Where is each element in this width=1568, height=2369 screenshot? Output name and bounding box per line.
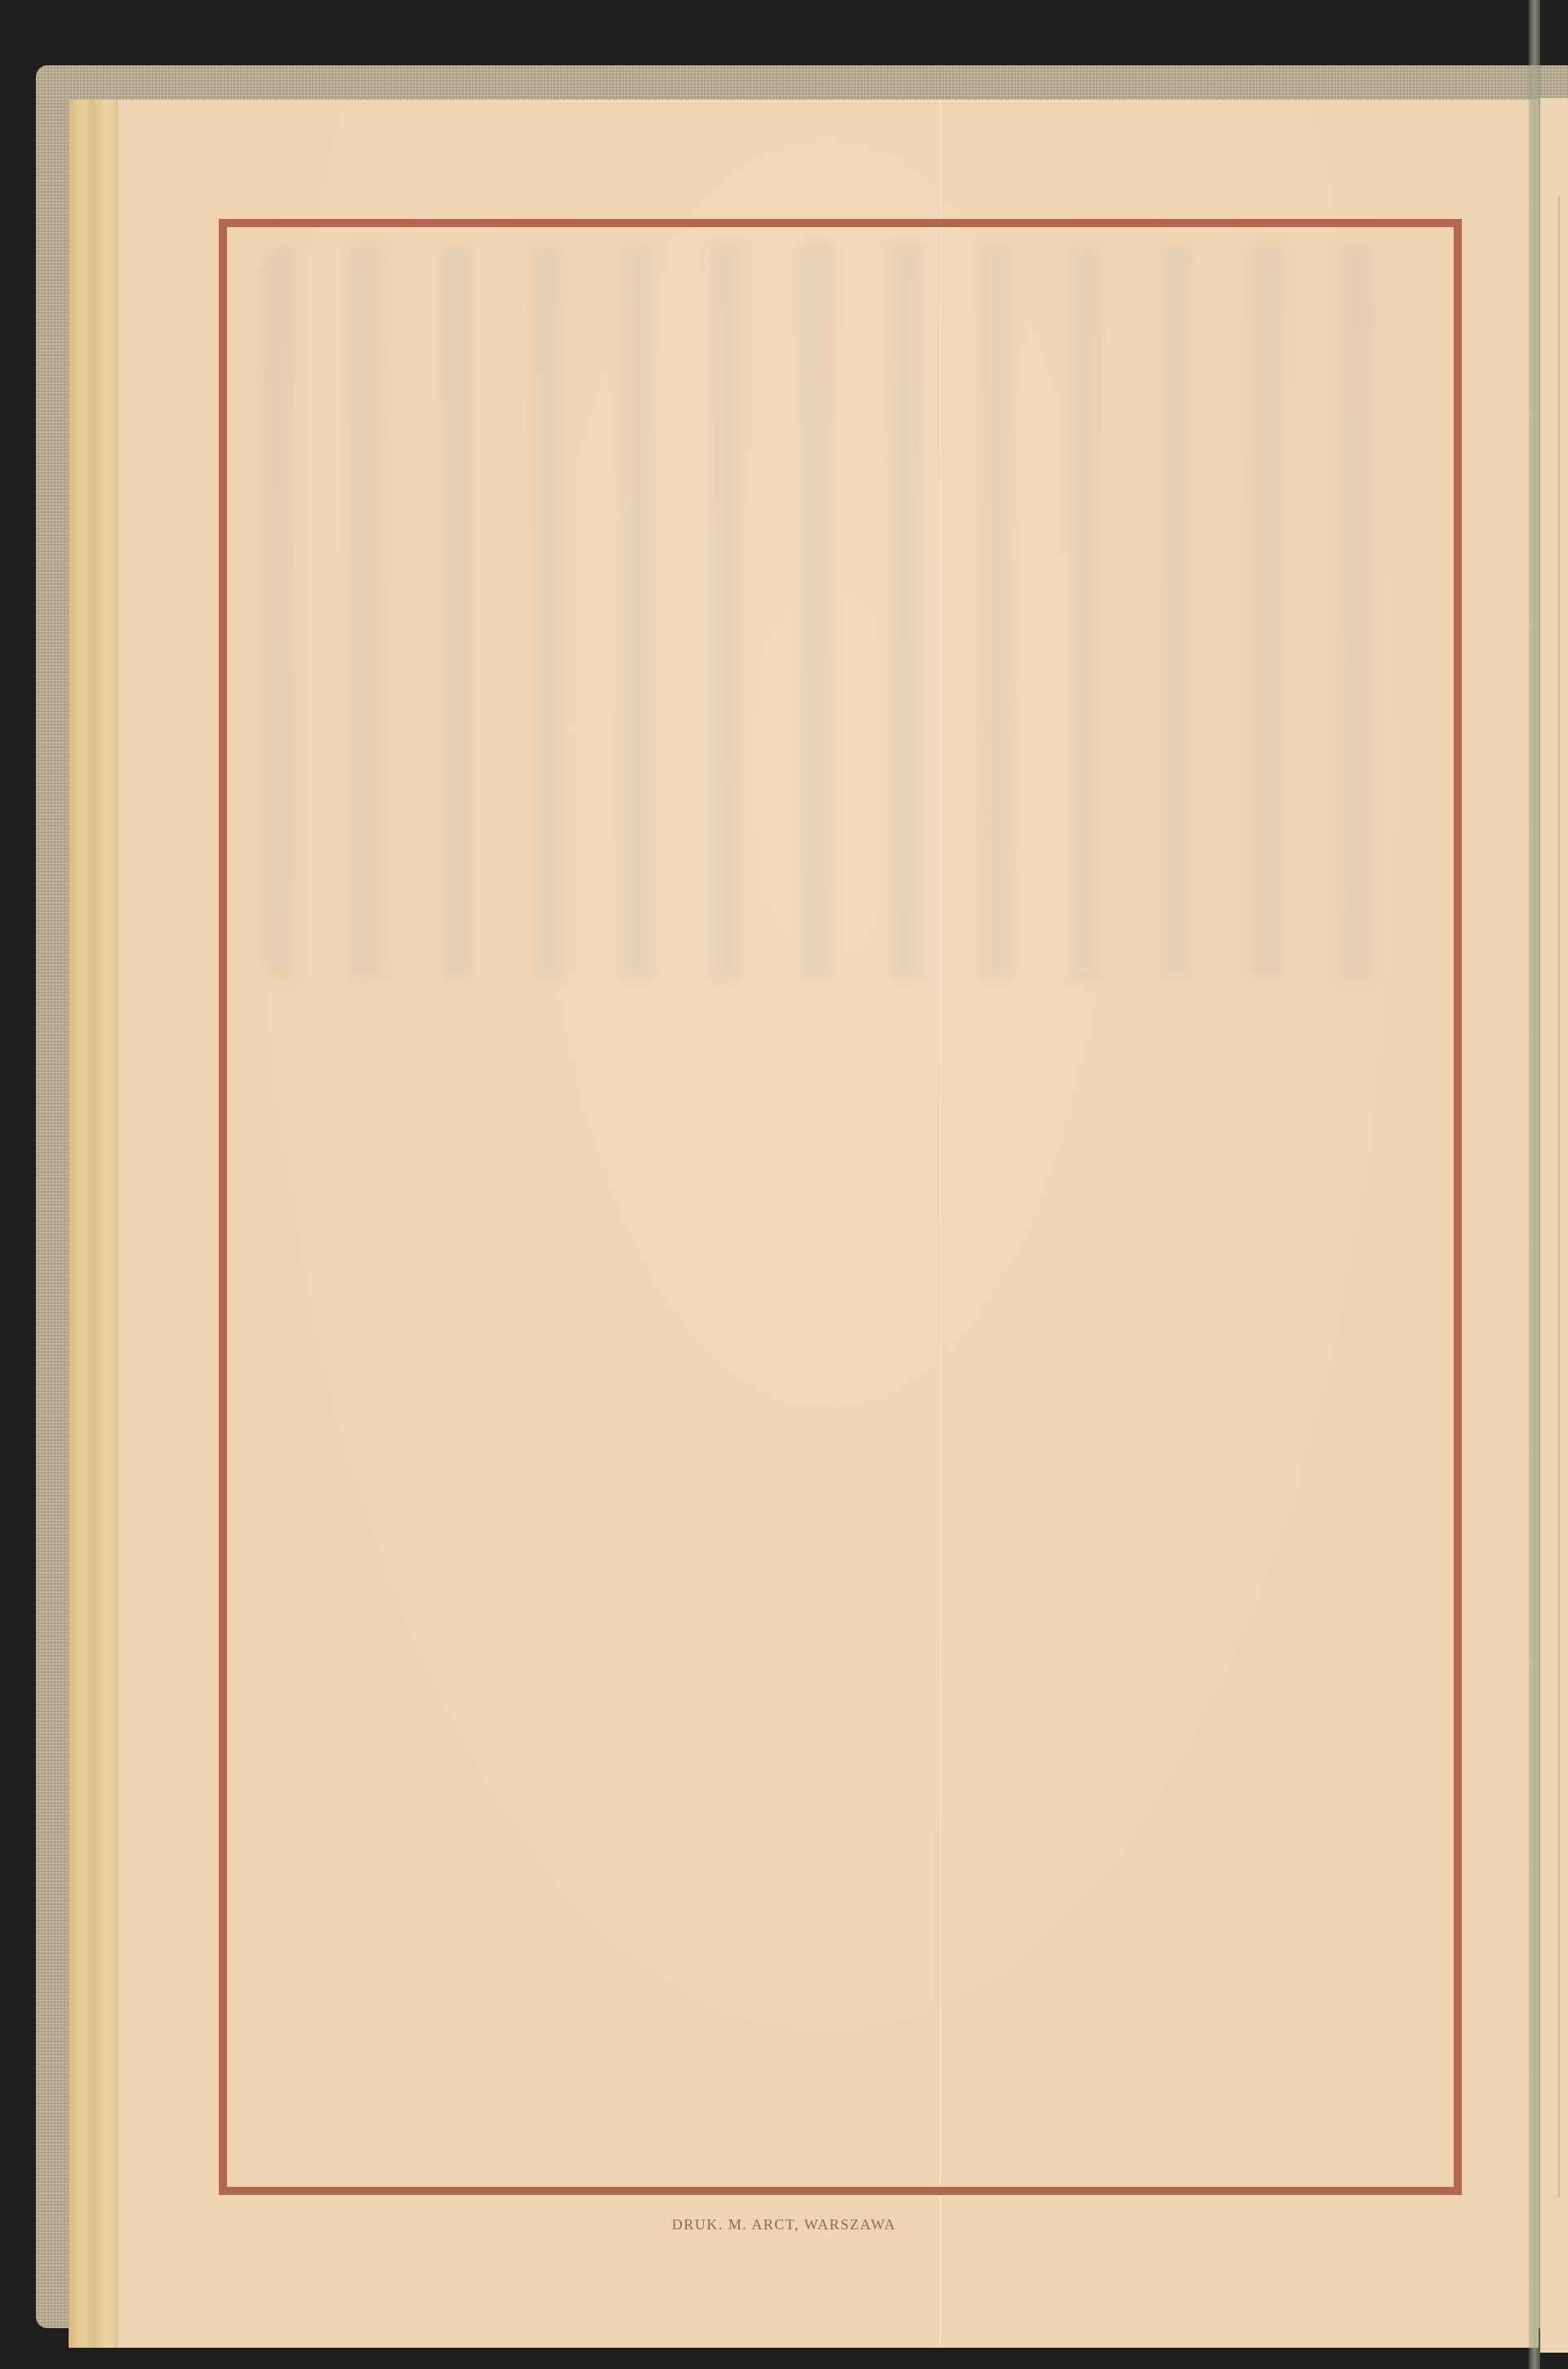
adjacent-page-border — [1558, 196, 1563, 2197]
adjacent-page — [1540, 98, 1568, 2353]
page-left-edge — [116, 100, 118, 2348]
page-stack-edges — [69, 100, 118, 2348]
printer-imprint: DRUK. M. ARCT, WARSZAWA — [0, 2216, 1568, 2233]
scanner-glass-edge — [1529, 0, 1540, 2369]
decorative-border-frame — [219, 219, 1462, 2195]
